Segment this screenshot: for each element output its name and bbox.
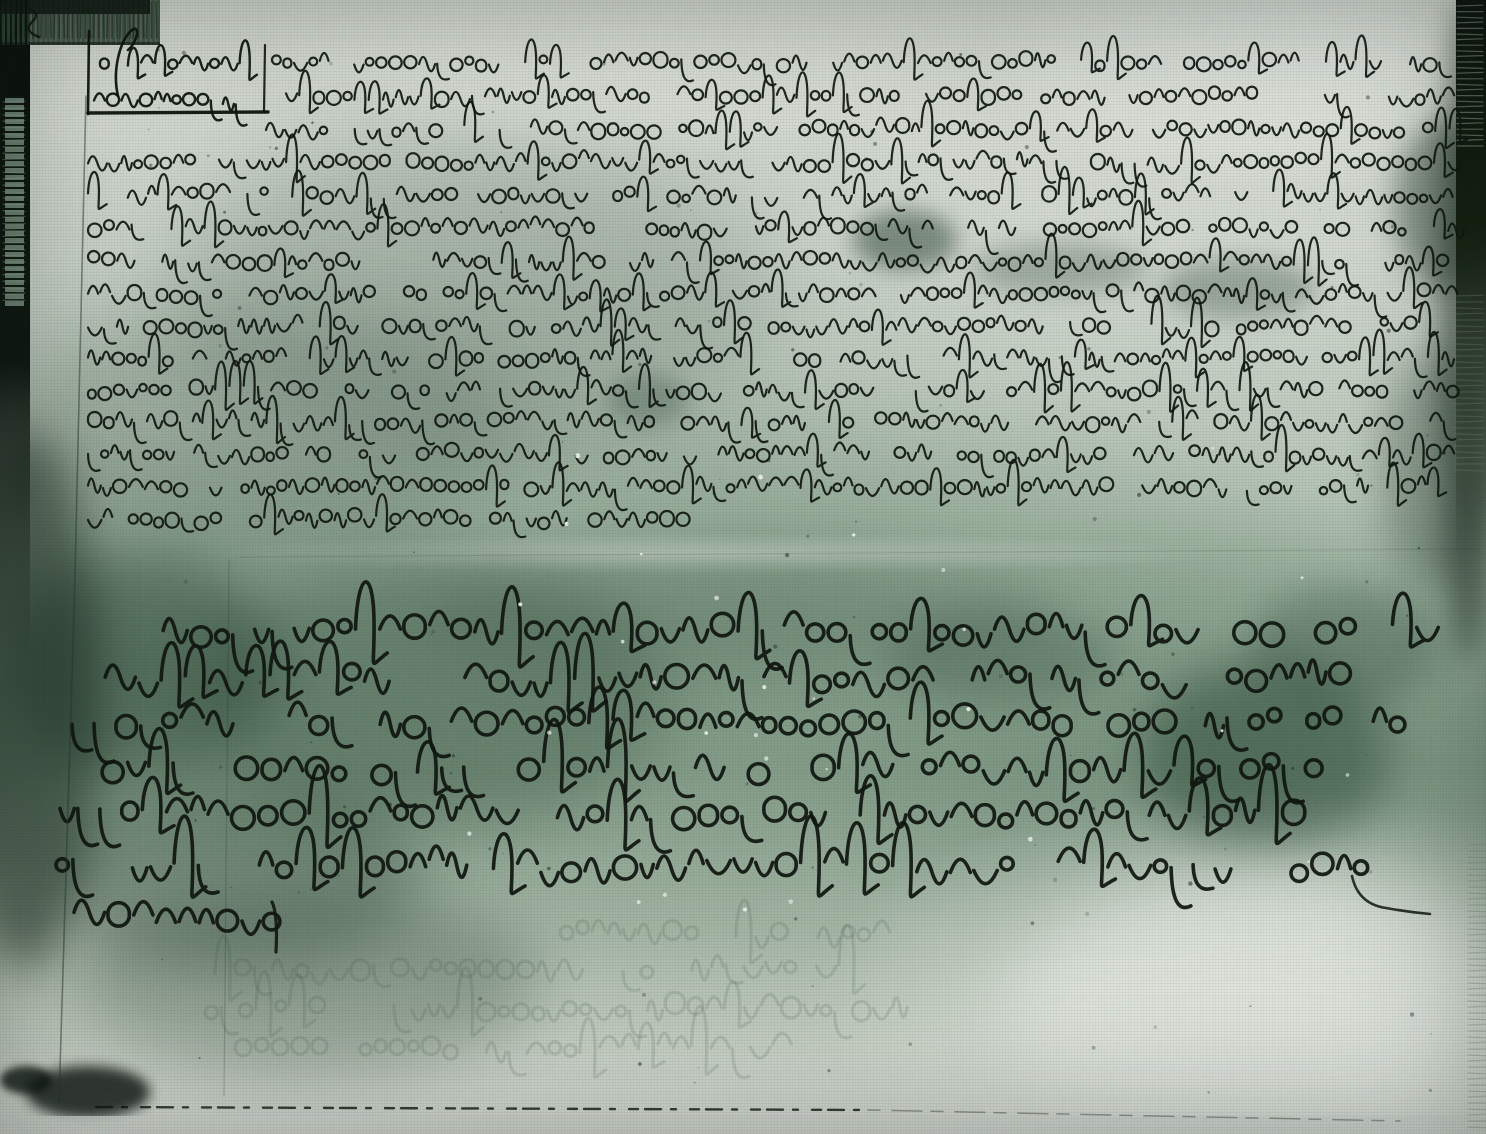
scanned-document (0, 0, 1486, 1134)
scan-vignette (0, 0, 1486, 1134)
